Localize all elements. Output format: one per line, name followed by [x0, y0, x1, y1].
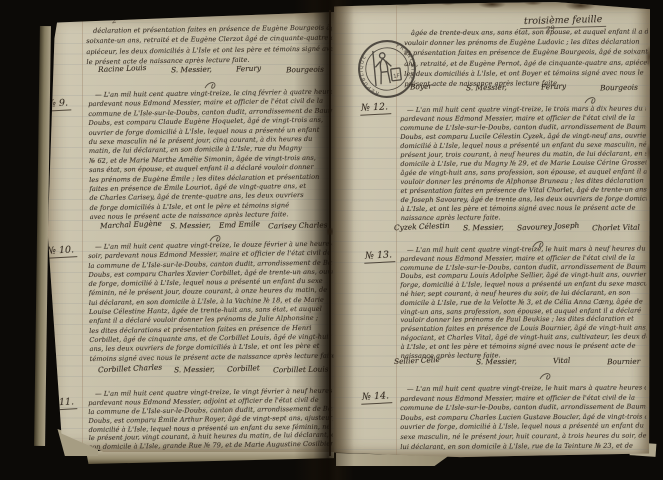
signature: Bournier — [607, 357, 640, 367]
paraph-flourish — [539, 372, 553, 382]
entry-10-signatures: Corbillet CharlesS. Messier,CorbilletCor… — [98, 364, 328, 373]
signature: Racine Louis — [98, 63, 147, 74]
signature: S. Messier, — [466, 83, 507, 93]
entry-9-signatures: Marchal EugèneS. Messier,Emd EmileCarise… — [100, 220, 328, 229]
margin-rule — [82, 12, 83, 452]
handwritten-line: lui déclarant, en son domicile à L'Isle,… — [400, 441, 646, 452]
register-scan: 2 déclaration et présentation faites en … — [0, 0, 663, 480]
handwritten-line: son domicile à L'Isle, grande Rue № 79, … — [89, 440, 333, 452]
signature: S. Messier, — [174, 365, 215, 375]
signature: S. Messier, — [476, 357, 517, 367]
entry-11-text: — L'an mil huit cent quatre vingt-treize… — [88, 387, 333, 453]
entry-number-11: № 11. — [46, 396, 78, 411]
signature: Bourgeois — [600, 83, 638, 93]
act-continuation-signatures: BoyerS. Messier,FeruryBourgeois — [410, 82, 638, 91]
entry-13-text: — L'an mil huit cent quatre vingt-treize… — [400, 244, 647, 360]
signature: Ferury — [236, 63, 261, 73]
signature: Sellier Célie — [394, 355, 440, 366]
signature: Carisey Charles — [268, 220, 328, 230]
entry-12-text: — L'an mil huit cent quatre vingt-treize… — [400, 104, 647, 223]
signature: Bourgeois — [286, 65, 324, 75]
entry-12-signatures: Cyzek CélestinS. Messier,Savourey Joseph… — [394, 222, 640, 231]
folio-mark: 2 — [112, 17, 117, 25]
right-page: troisième feuille 29 RÉPUBLIQUE FRANÇAIS… — [334, 2, 650, 458]
entry-10-text: — L'an mil huit cent quatre vingt-treize… — [88, 240, 334, 364]
act-continuation-signatures: Racine LouisS. Messier,FeruryBourgeois — [98, 64, 324, 73]
signature: Emd Emile — [219, 219, 260, 230]
signature: Savourey Joseph — [517, 221, 580, 233]
page-stack-edge-bottom-left — [86, 451, 334, 464]
entry-14-text: — L'an mil huit cent quatre vingt-treize… — [400, 383, 646, 452]
signature: Chorlet Vital — [592, 223, 640, 233]
entry-number-13: № 13. — [364, 249, 396, 264]
entry-13-signatures: Sellier CélieS. Messier,VitalBournier — [394, 356, 640, 365]
act-continuation-text: déclaration et présentation faites en pr… — [86, 23, 333, 68]
handwritten-line: à L'Isle, et ont les père et témoins sig… — [401, 203, 647, 214]
signature: Corbillet — [227, 363, 260, 373]
signature: Cyzek Célestin — [394, 221, 450, 232]
signature: Corbillet Charles — [98, 363, 162, 375]
svg-text:1F: 1F — [393, 73, 400, 80]
marianne-figure — [372, 48, 402, 86]
handwritten-line: les deux domiciliés à L'Isle, et ont Boy… — [404, 67, 648, 79]
handwritten-line: à L'Isle, et ont les père et témoins sig… — [401, 341, 647, 351]
entry-number-10: № 10. — [46, 244, 78, 259]
signature: Ferury — [541, 81, 566, 91]
left-page: 2 déclaration et présentation faites en … — [44, 12, 334, 452]
signature: Boyer — [410, 82, 432, 92]
signature: S. Messier, — [170, 221, 211, 231]
entry-9-text: — L'an mil huit cent quatre vingt-treize… — [88, 88, 334, 223]
signature: Marchal Eugène — [100, 219, 162, 231]
signature: Corbillet Louis — [272, 365, 328, 375]
entry-number-12: № 12. — [360, 101, 392, 116]
signature: S. Messier, — [171, 65, 212, 75]
entry-number-14: № 14. — [361, 390, 393, 405]
signature: S. Messier, — [463, 223, 504, 233]
signature: Vital — [553, 356, 571, 366]
burnt-edge — [44, 12, 334, 452]
act-continuation-text: âgée de trente-deux ans, sans état, son … — [404, 27, 648, 90]
ruled-lines — [44, 12, 334, 452]
binding-thread — [329, 10, 331, 456]
